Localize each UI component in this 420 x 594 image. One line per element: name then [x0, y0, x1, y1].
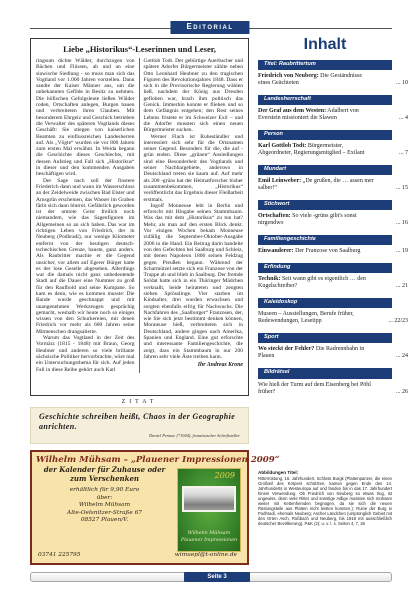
entry-page-number: ... 10: [396, 80, 408, 87]
calendar-caption-line2: Plauener Impressionen: [178, 538, 240, 545]
ad-contact-row: 03741 225795 wimuepl@t-online.de: [36, 552, 239, 558]
entry-page-number: ... 15: [396, 185, 408, 192]
ad-city: 08527 Plauen/V.: [36, 517, 173, 525]
quote-text: Geschichte schreiben heißt, Chaos in der…: [39, 412, 240, 431]
quote-section-label: ZITAT: [30, 399, 249, 405]
entry-page-number: ... 24: [396, 353, 408, 360]
ad-body: der Kalender für Zuhause oder zum Versch…: [36, 466, 243, 558]
entry-lead: Der Graf aus dem Westen:: [258, 108, 326, 114]
entry-text: Der Franzose von Saalburg: [294, 248, 361, 254]
main-column-left-text: ringsum dichte Wälder, durchzogen von Bä…: [36, 58, 140, 373]
paragraph: Der Sage nach soll der finstere Friederi…: [36, 178, 135, 335]
entry-text: Museen – Ausstellungen, Berufe früher, R…: [258, 311, 354, 324]
article-columns: ringsum dichte Wälder, durchzogen von Bä…: [36, 58, 243, 373]
main-column-right: Gottlob Todt. Der gebürtige Auerbacher u…: [140, 58, 244, 373]
inhalt-entry: Technik: Seit wann gibt es eigentlich … …: [258, 276, 392, 290]
entry-lead: Einwanderer:: [258, 248, 294, 254]
entry-lead: Ortschaften:: [258, 213, 291, 219]
entry-page-number: ... 4: [399, 115, 408, 122]
entry-lead: Technik:: [258, 276, 280, 282]
inhalt-section-header: Erfindung: [258, 263, 392, 273]
toc-title: Inhalt: [258, 36, 392, 54]
ad-subtitle-line2: zum Verschenken: [36, 475, 173, 484]
ad-title: Wilhelm Mühsam – „Plauener Impressionen …: [36, 455, 243, 465]
inhalt-section-header: Titel: Raubrittertum: [258, 60, 392, 70]
inhalt-section-header: Mundart: [258, 165, 392, 175]
calendar-caption: Wilhelm Mühsam Plauener Impressionen: [178, 531, 240, 544]
inhalt-entry: Einwanderer: Der Franzose von Saalburg..…: [258, 248, 392, 255]
inhalt-section-header: Stichwort: [258, 200, 392, 210]
ad-via: über:: [36, 495, 173, 503]
author-signature: Ihr Andreas Krone: [144, 362, 244, 368]
entry-text: Wie hieß der Turm auf dem Eisenberg bei …: [258, 382, 371, 395]
ad-price: erhältlich für 9,90 Euro: [36, 487, 173, 495]
paragraph: Gottlob Todt. Der gebürtige Auerbacher u…: [144, 58, 244, 134]
editorial-page: Editorial Liebe „Historikus“-Leserinnen …: [0, 0, 420, 594]
entry-page-number: ... 21: [396, 283, 408, 290]
inhalt-entry: Ortschaften: So viele -grüns gibt's sons…: [258, 213, 392, 227]
entry-lead: Karl Gottlob Todt:: [258, 143, 306, 149]
main-article-box: Liebe „Historikus“-Leserinnen und Leser,…: [30, 38, 249, 396]
calendar-cover-image: 2009 Wilhelm Mühsam Plauener Impressione…: [177, 468, 241, 552]
footer-bar: Seite 3: [30, 572, 392, 582]
inhalt-entry: Wo steckt der Fehler? Die Radrennbahn in…: [258, 346, 392, 360]
paragraph: ringsum dichte Wälder, durchzogen von Bä…: [36, 58, 135, 178]
main-column-right-text: Gottlob Todt. Der gebürtige Auerbacher u…: [144, 58, 244, 360]
table-of-contents: Inhalt Titel: RaubrittertumFriedrich von…: [258, 36, 392, 404]
quote-attribution: Daniel Pennac (*1944), französischer Sch…: [39, 433, 240, 438]
entry-page-number: ... 16: [396, 220, 408, 227]
inhalt-section-header: Sport: [258, 333, 392, 343]
inhalt-entry: Emil Leinweber: „De grußen, die … assen …: [258, 178, 392, 192]
ad-phone: 03741 225795: [38, 552, 80, 558]
title-images-footnote: Abbildungen Titel: Ritterrüstung, 16. Ja…: [258, 470, 392, 526]
calendar-photo: [182, 486, 236, 512]
entry-page-number: ... 22/23: [388, 318, 408, 325]
inhalt-entry: Karl Gottlob Todt: Bürgermeister, Abgeor…: [258, 143, 392, 157]
entry-page-number: ... 7: [399, 150, 408, 157]
editorial-badge: Editorial: [170, 21, 249, 34]
entry-page-number: ... 26: [396, 389, 408, 396]
paragraph: Warum das Vogtland in der Zeit des Vormä…: [36, 335, 135, 373]
page-number-badge: Seite 3: [184, 572, 250, 582]
paragraph: Werner Flach ist Ruheständler und intere…: [144, 134, 244, 203]
ad-contact-name: Wilhelm Mühsam: [36, 502, 173, 510]
entry-lead: Emil Leinweber:: [258, 178, 301, 184]
inhalt-section-header: Familiengeschichte: [258, 235, 392, 245]
article-heading: Liebe „Historikus“-Leserinnen und Leser,: [36, 44, 243, 54]
entry-lead: Wo steckt der Fehler?: [258, 346, 314, 352]
inhalt-section-header: Person: [258, 130, 392, 140]
quote-box: Geschichte schreiben heißt, Chaos in der…: [30, 407, 249, 444]
inhalt-sections: Titel: RaubrittertumFriedrich von Neuber…: [258, 60, 392, 396]
ad-text-column: der Kalender für Zuhause oder zum Versch…: [36, 466, 173, 558]
footnote-text: Ritterrüstung, 16. Jahrhundert, Schloss …: [258, 476, 392, 526]
advertisement-box: Wilhelm Mühsam – „Plauener Impressionen …: [30, 450, 249, 565]
inhalt-entry: Der Graf aus dem Westen: Adalbert von Ev…: [258, 108, 392, 122]
inhalt-entry: Friedrich von Neuberg: Die Geständnisse …: [258, 73, 392, 87]
inhalt-section-header: Bildrätsel: [258, 368, 392, 378]
calendar-year: 2009: [215, 471, 235, 480]
ad-street: Alte-Oelsnitzer-Straße 67: [36, 510, 173, 518]
inhalt-section-header: Landesherrschaft: [258, 95, 392, 105]
entry-page-number: ... 19: [396, 248, 408, 255]
inhalt-section-header: Kaleidoskop: [258, 298, 392, 308]
ad-email: wimuepl@t-online.de: [175, 552, 237, 558]
entry-lead: Friedrich von Neuberg:: [258, 73, 319, 79]
footnote-title: Abbildungen Titel:: [258, 470, 392, 475]
inhalt-entry: Wie hieß der Turm auf dem Eisenberg bei …: [258, 382, 392, 396]
inhalt-entry: Museen – Ausstellungen, Berufe früher, R…: [258, 311, 392, 325]
paragraph: Ingolf Monneuse lebt in Berlin und erfor…: [144, 203, 244, 360]
